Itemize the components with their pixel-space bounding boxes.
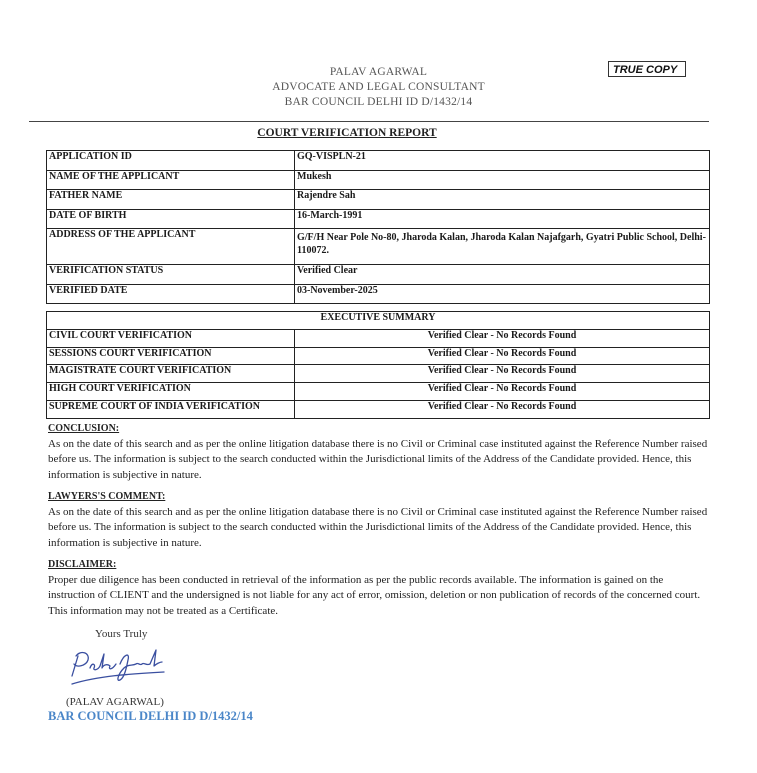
table-row: NAME OF THE APPLICANTMukesh (47, 170, 710, 190)
conclusion-heading: CONCLUSION: (48, 421, 710, 437)
court-label: CIVIL COURT VERIFICATION (47, 329, 295, 347)
table-row: DATE OF BIRTH16-March-1991 (47, 209, 710, 229)
field-label: ADDRESS OF THE APPLICANT (47, 229, 295, 265)
field-value: G/F/H Near Pole No-80, Jharoda Kalan, Jh… (295, 229, 710, 265)
field-label: NAME OF THE APPLICANT (47, 170, 295, 190)
signatory-name: (PALAV AGARWAL) (66, 696, 164, 708)
conclusion-text: As on the date of this search and as per… (48, 437, 710, 484)
true-copy-stamp: TRUE COPY (608, 61, 686, 77)
disclaimer-text: Proper due diligence has been conducted … (48, 573, 710, 620)
table-row: SUPREME COURT OF INDIA VERIFICATIONVerif… (47, 400, 710, 418)
field-value: Verified Clear (295, 265, 710, 285)
signatory-bar-id: BAR COUNCIL DELHI ID D/1432/14 (48, 709, 253, 724)
table-row: VERIFICATION STATUSVerified Clear (47, 265, 710, 285)
court-status: Verified Clear - No Records Found (295, 383, 710, 401)
court-status: Verified Clear - No Records Found (295, 400, 710, 418)
lawyers-comment-text: As on the date of this search and as per… (48, 505, 710, 552)
field-value: Rajendre Sah (295, 190, 710, 210)
header-divider (29, 121, 709, 122)
table-row: MAGISTRATE COURT VERIFICATIONVerified Cl… (47, 365, 710, 383)
table-row: SESSIONS COURT VERIFICATIONVerified Clea… (47, 347, 710, 365)
applicant-details-table: APPLICATION IDGQ-VISPLN-21 NAME OF THE A… (46, 150, 710, 304)
lawyers-comment-heading: LAWYERS'S COMMENT: (48, 489, 710, 505)
field-value: GQ-VISPLN-21 (295, 151, 710, 171)
disclaimer-heading: DISCLAIMER: (48, 557, 710, 573)
summary-heading: EXECUTIVE SUMMARY (47, 312, 710, 330)
court-label: SESSIONS COURT VERIFICATION (47, 347, 295, 365)
court-status: Verified Clear - No Records Found (295, 329, 710, 347)
field-label: VERIFICATION STATUS (47, 265, 295, 285)
court-label: HIGH COURT VERIFICATION (47, 383, 295, 401)
lawyer-designation: ADVOCATE AND LEGAL CONSULTANT (0, 81, 757, 93)
court-status: Verified Clear - No Records Found (295, 365, 710, 383)
table-row: ADDRESS OF THE APPLICANTG/F/H Near Pole … (47, 229, 710, 265)
table-header-row: EXECUTIVE SUMMARY (47, 312, 710, 330)
conclusion-section: CONCLUSION: As on the date of this searc… (48, 421, 710, 484)
field-label: APPLICATION ID (47, 151, 295, 171)
court-label: SUPREME COURT OF INDIA VERIFICATION (47, 400, 295, 418)
field-label: VERIFIED DATE (47, 284, 295, 304)
court-status: Verified Clear - No Records Found (295, 347, 710, 365)
field-value: 16-March-1991 (295, 209, 710, 229)
table-row: APPLICATION IDGQ-VISPLN-21 (47, 151, 710, 171)
field-value: 03-November-2025 (295, 284, 710, 304)
report-title: COURT VERIFICATION REPORT (0, 127, 694, 139)
disclaimer-section: DISCLAIMER: Proper due diligence has bee… (48, 557, 710, 620)
court-label: MAGISTRATE COURT VERIFICATION (47, 365, 295, 383)
lawyer-bar-id: BAR COUNCIL DELHI ID D/1432/14 (0, 96, 757, 108)
field-label: DATE OF BIRTH (47, 209, 295, 229)
closing-text: Yours Truly (95, 628, 147, 640)
field-value: Mukesh (295, 170, 710, 190)
field-label: FATHER NAME (47, 190, 295, 210)
table-row: HIGH COURT VERIFICATIONVerified Clear - … (47, 383, 710, 401)
table-row: FATHER NAMERajendre Sah (47, 190, 710, 210)
table-row: VERIFIED DATE03-November-2025 (47, 284, 710, 304)
executive-summary-table: EXECUTIVE SUMMARY CIVIL COURT VERIFICATI… (46, 311, 710, 419)
lawyers-comment-section: LAWYERS'S COMMENT: As on the date of thi… (48, 489, 710, 552)
signature-image (68, 646, 168, 692)
table-row: CIVIL COURT VERIFICATIONVerified Clear -… (47, 329, 710, 347)
